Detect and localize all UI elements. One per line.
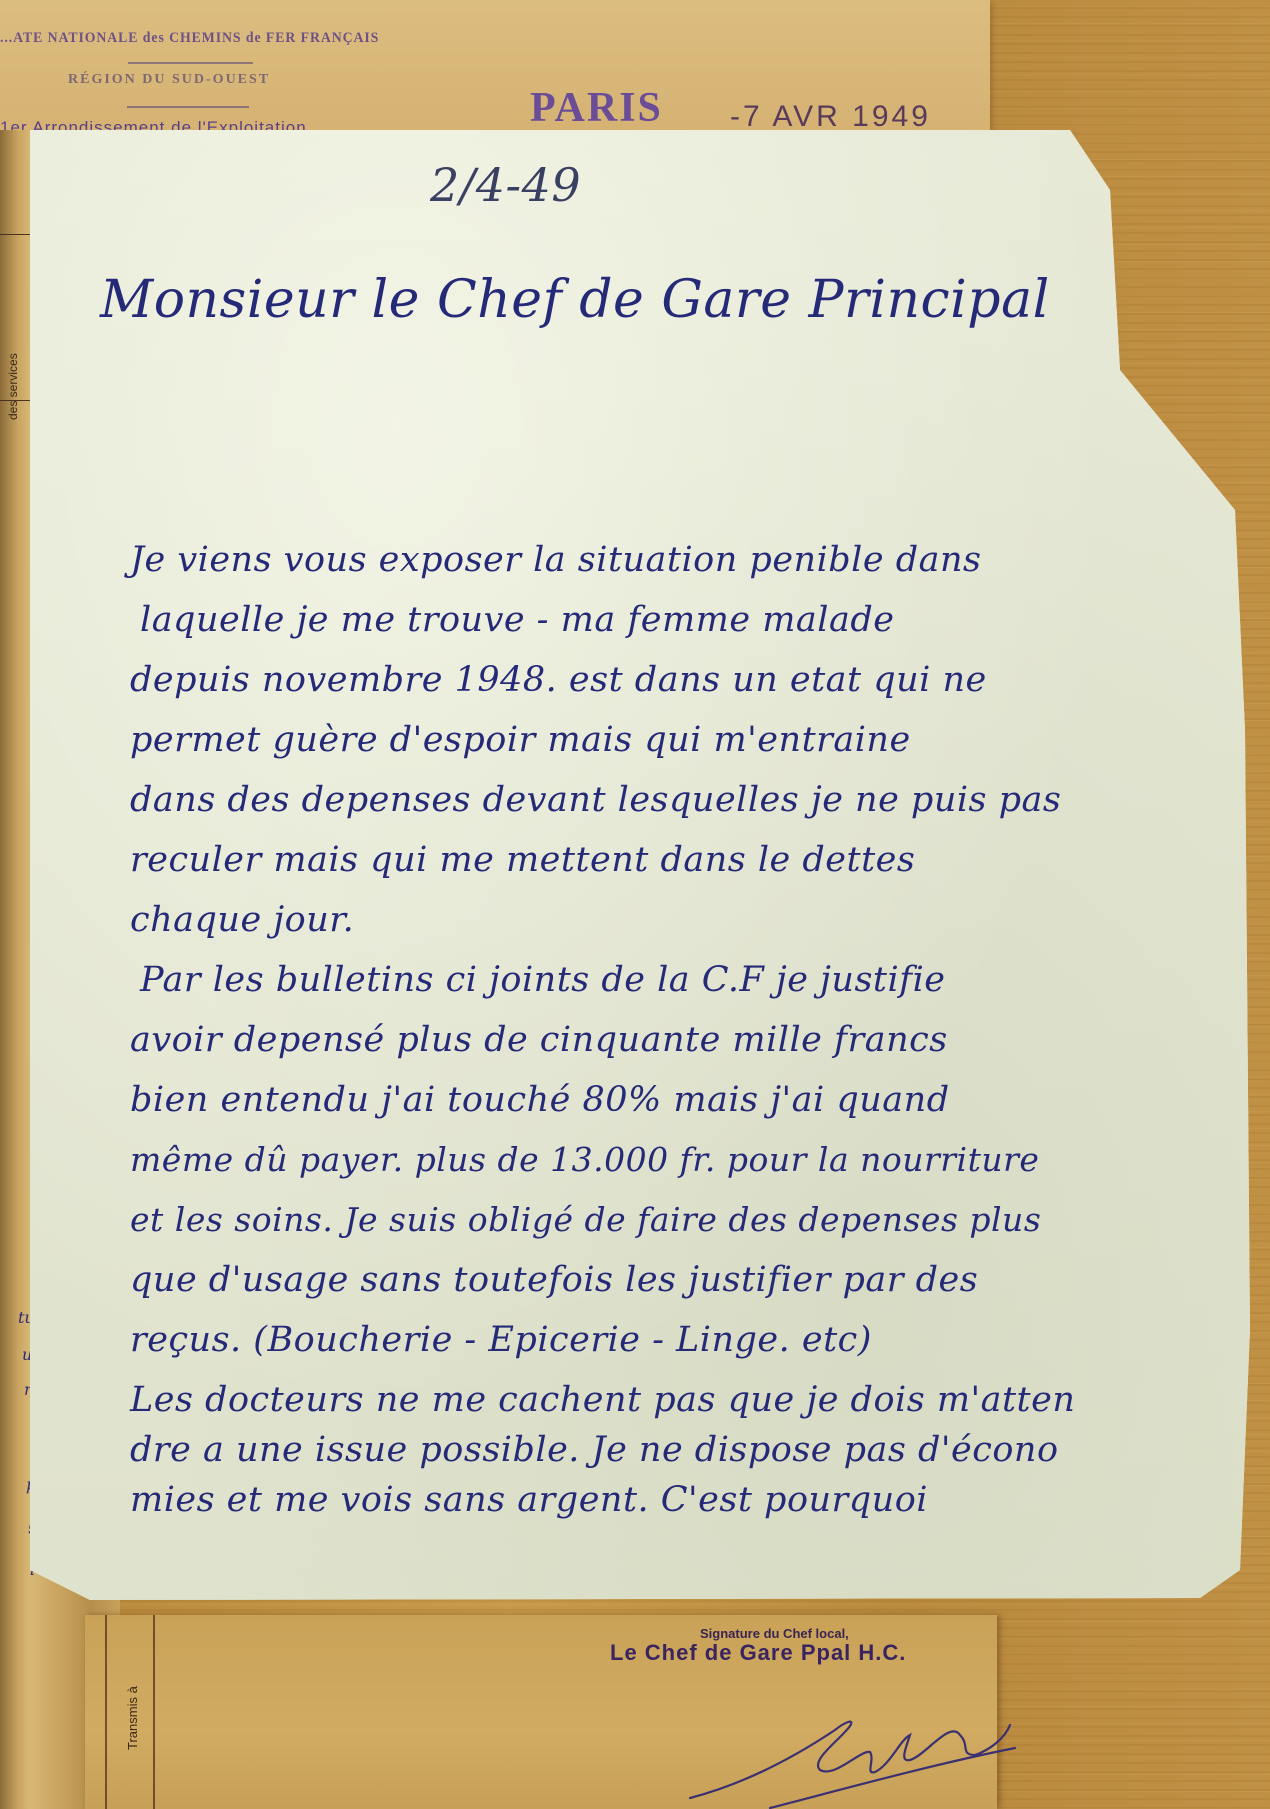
letter-line: dre a une issue possible. Je ne dispose …: [130, 1430, 1059, 1470]
letter-line: chaque jour.: [130, 900, 354, 940]
form-rule: [0, 234, 32, 235]
letter-line: mies et me vois sans argent. C'est pourq…: [130, 1480, 928, 1520]
form-rule: [153, 1615, 155, 1809]
handwritten-letter: 2/4-49 Monsieur le Chef de Gare Principa…: [30, 130, 1250, 1600]
letter-line: depuis novembre 1948. est dans un etat q…: [130, 660, 987, 700]
organization-stamp: ...ATE NATIONALE des CHEMINS de FER FRAN…: [0, 30, 379, 47]
city-stamp: PARIS: [530, 84, 663, 132]
letter-line: laquelle je me trouve - ma femme malade: [140, 600, 894, 640]
handwritten-signature: [660, 1690, 1040, 1809]
letter-line: dans des depenses devant lesquelles je n…: [130, 780, 1061, 820]
signature-label: Signature du Chef local,: [700, 1626, 849, 1641]
side-label-transmis: Transmis à: [125, 1686, 140, 1750]
letter-line: même dû payer. plus de 13.000 fr. pour l…: [130, 1140, 1039, 1179]
form-rule: [105, 1615, 107, 1809]
letter-line: Par les bulletins ci joints de la C.F je…: [140, 960, 946, 1000]
letter-line: Les docteurs ne me cachent pas que je do…: [130, 1380, 1075, 1420]
date-stamp: -7 AVR 1949: [730, 100, 931, 134]
letter-line: Je viens vous exposer la situation penib…: [130, 540, 982, 580]
letter-line: et les soins. Je suis obligé de faire de…: [130, 1200, 1041, 1239]
letter-salutation: Monsieur le Chef de Gare Principal: [100, 270, 1050, 330]
letter-line: reçus. (Boucherie - Epicerie - Linge. et…: [130, 1320, 872, 1360]
letter-line: avoir depensé plus de cinquante mille fr…: [130, 1020, 948, 1060]
stamp-divider: [127, 106, 249, 108]
side-label-services: des services: [6, 353, 20, 420]
letter-line: permet guère d'espoir mais qui m'entrain…: [130, 720, 911, 760]
letter-line: bien entendu j'ai touché 80% mais j'ai q…: [130, 1080, 950, 1120]
letter-line: reculer mais qui me mettent dans le dett…: [130, 840, 915, 880]
letter-line: que d'usage sans toutefois les justifier…: [130, 1260, 978, 1300]
signature-title-stamp: Le Chef de Gare Ppal H.C.: [610, 1640, 906, 1666]
letter-date: 2/4-49: [430, 158, 581, 212]
stamp-divider: [128, 62, 253, 64]
region-stamp: RÉGION DU SUD-OUEST: [68, 72, 270, 88]
